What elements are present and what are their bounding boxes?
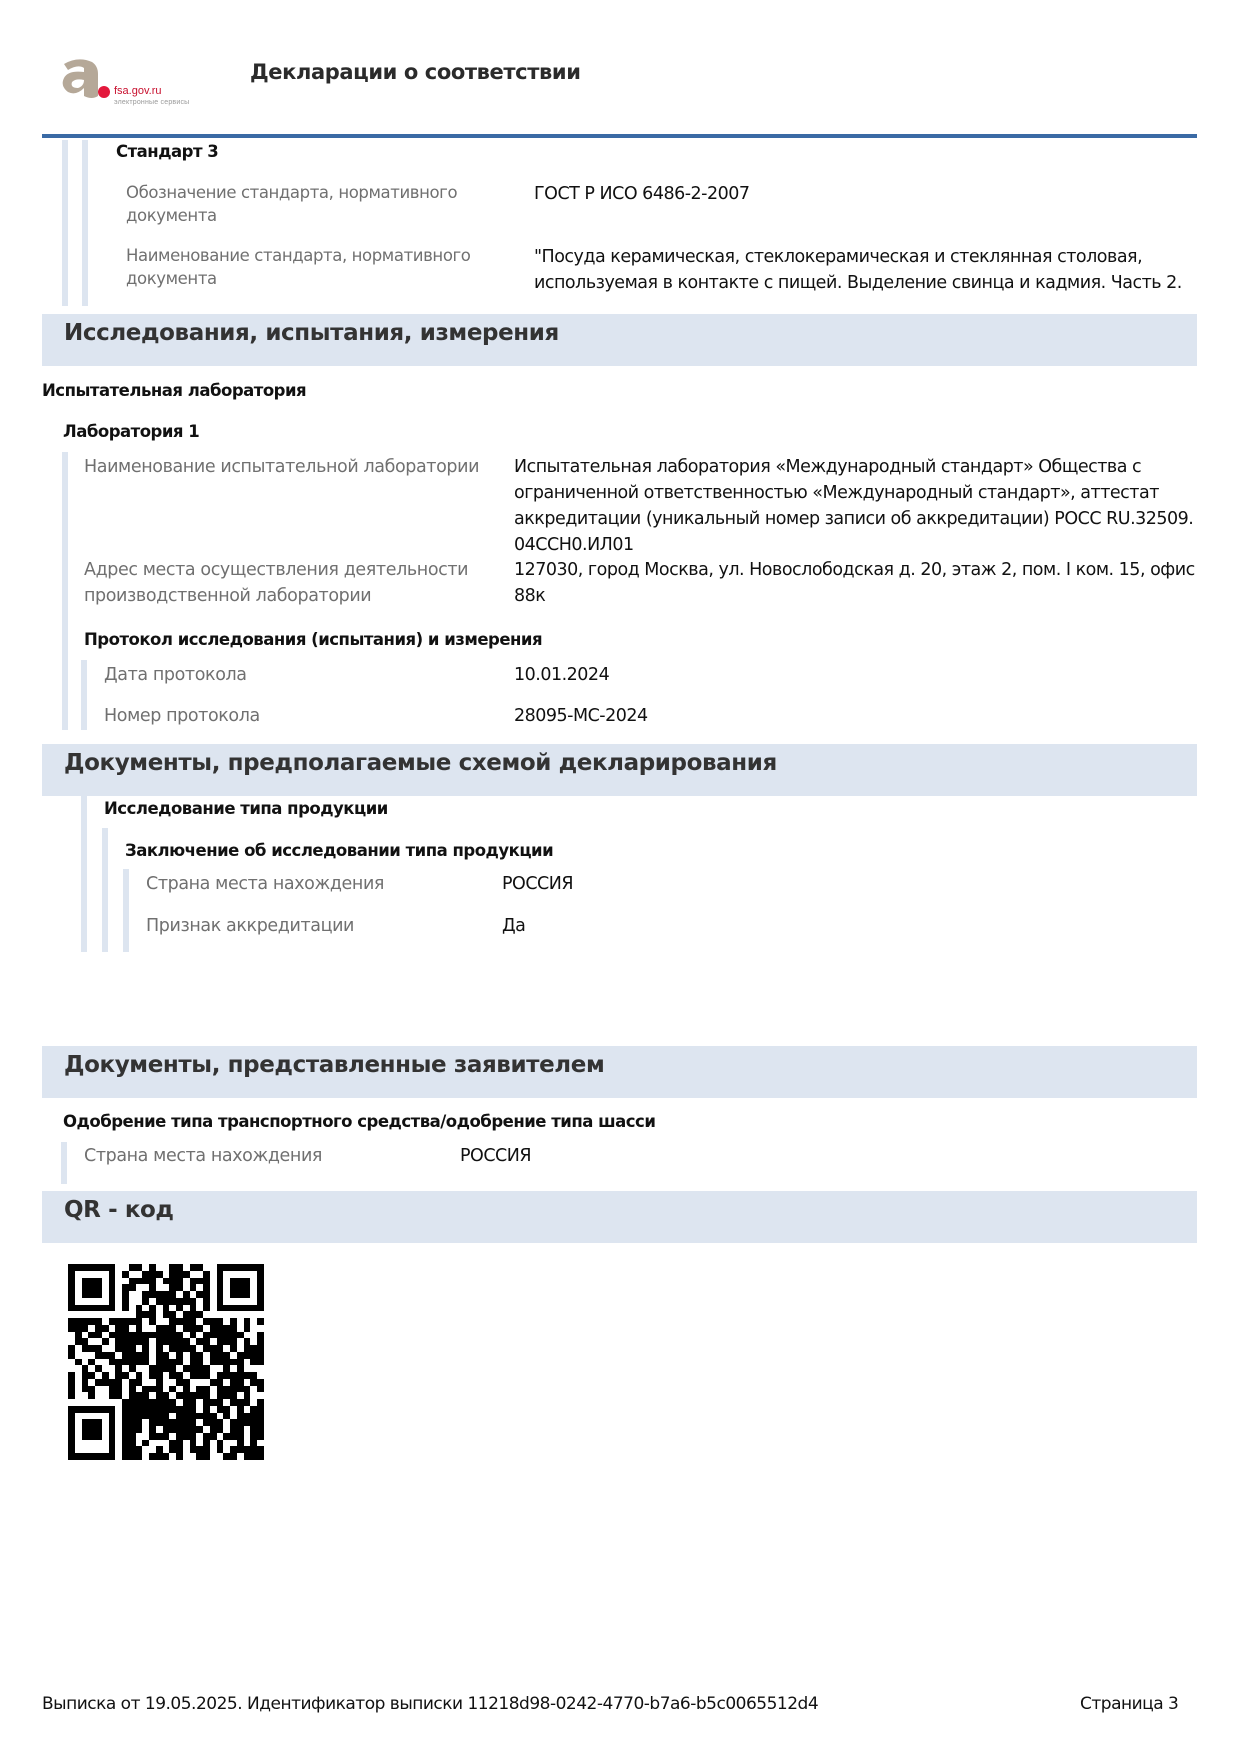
field-label: Страна места нахождения: [146, 871, 384, 897]
nest-bar: [81, 660, 87, 730]
field-value: 28095-МС-2024: [514, 703, 648, 729]
section-research: Исследования, испытания, измерения: [42, 314, 1197, 366]
field-label: Номер протокола: [104, 703, 260, 729]
logo-dot-icon: [98, 86, 110, 98]
fsa-a-logo-icon: [58, 56, 102, 100]
group-title: Исследование типа продукции: [104, 799, 388, 818]
page-title: Декларации о соответствии: [250, 60, 581, 84]
nest-bar: [123, 869, 129, 952]
field-label: Обозначение стандарта, нормативного доку…: [126, 181, 506, 227]
subgroup-title: Заключение об исследовании типа продукци…: [125, 841, 553, 860]
lab-title: Лаборатория 1: [63, 422, 199, 441]
group-title: Одобрение типа транспортного средства/од…: [63, 1112, 655, 1131]
standard-heading: Стандарт 3: [116, 142, 218, 161]
field-value: РОССИЯ: [502, 871, 573, 897]
field-label: Адрес места осуществления деятельности п…: [84, 557, 504, 609]
field-label: Страна места нахождения: [84, 1143, 322, 1169]
section-qr: QR - код: [42, 1191, 1197, 1243]
section-title: Документы, представленные заявителем: [64, 1052, 604, 1078]
field-value: Испытательная лаборатория «Международный…: [514, 454, 1204, 558]
field-label: Наименование стандарта, нормативного док…: [126, 244, 506, 290]
section-title: Документы, предполагаемые схемой деклари…: [64, 750, 777, 776]
field-value: 10.01.2024: [514, 662, 609, 688]
fsa-logo: fsa.gov.ru электронные сервисы: [58, 56, 208, 112]
section-title: Исследования, испытания, измерения: [64, 320, 559, 346]
field-label: Наименование испытательной лаборатории: [84, 454, 504, 480]
nest-bar: [82, 140, 88, 306]
field-value: "Посуда керамическая, стеклокерамическая…: [534, 244, 1194, 296]
qr-code-icon: [68, 1264, 264, 1460]
nest-bar: [102, 828, 108, 952]
protocol-title: Протокол исследования (испытания) и изме…: [84, 630, 542, 649]
field-value: Да: [502, 913, 525, 939]
section-title: QR - код: [64, 1197, 174, 1223]
section-applicant-documents: Документы, представленные заявителем: [42, 1046, 1197, 1098]
lab-group-title: Испытательная лаборатория: [42, 381, 306, 400]
field-value: РОССИЯ: [460, 1143, 531, 1169]
field-label: Дата протокола: [104, 662, 247, 688]
field-value: 127030, город Москва, ул. Новослободская…: [514, 557, 1204, 609]
nest-bar: [81, 796, 87, 952]
nest-bar: [62, 140, 68, 306]
nest-bar: [62, 452, 68, 730]
logo-domain: fsa.gov.ru: [114, 85, 162, 97]
field-label: Признак аккредитации: [146, 913, 354, 939]
extract-info: Выписка от 19.05.2025. Идентификатор вып…: [42, 1694, 818, 1714]
header-divider: [42, 134, 1197, 138]
nest-bar: [61, 1142, 67, 1184]
page-number: Страница 3: [1080, 1694, 1178, 1714]
section-scheme-documents: Документы, предполагаемые схемой деклари…: [42, 744, 1197, 796]
logo-subtitle: электронные сервисы: [114, 99, 189, 106]
field-value: ГОСТ Р ИСО 6486-2-2007: [534, 181, 1194, 207]
